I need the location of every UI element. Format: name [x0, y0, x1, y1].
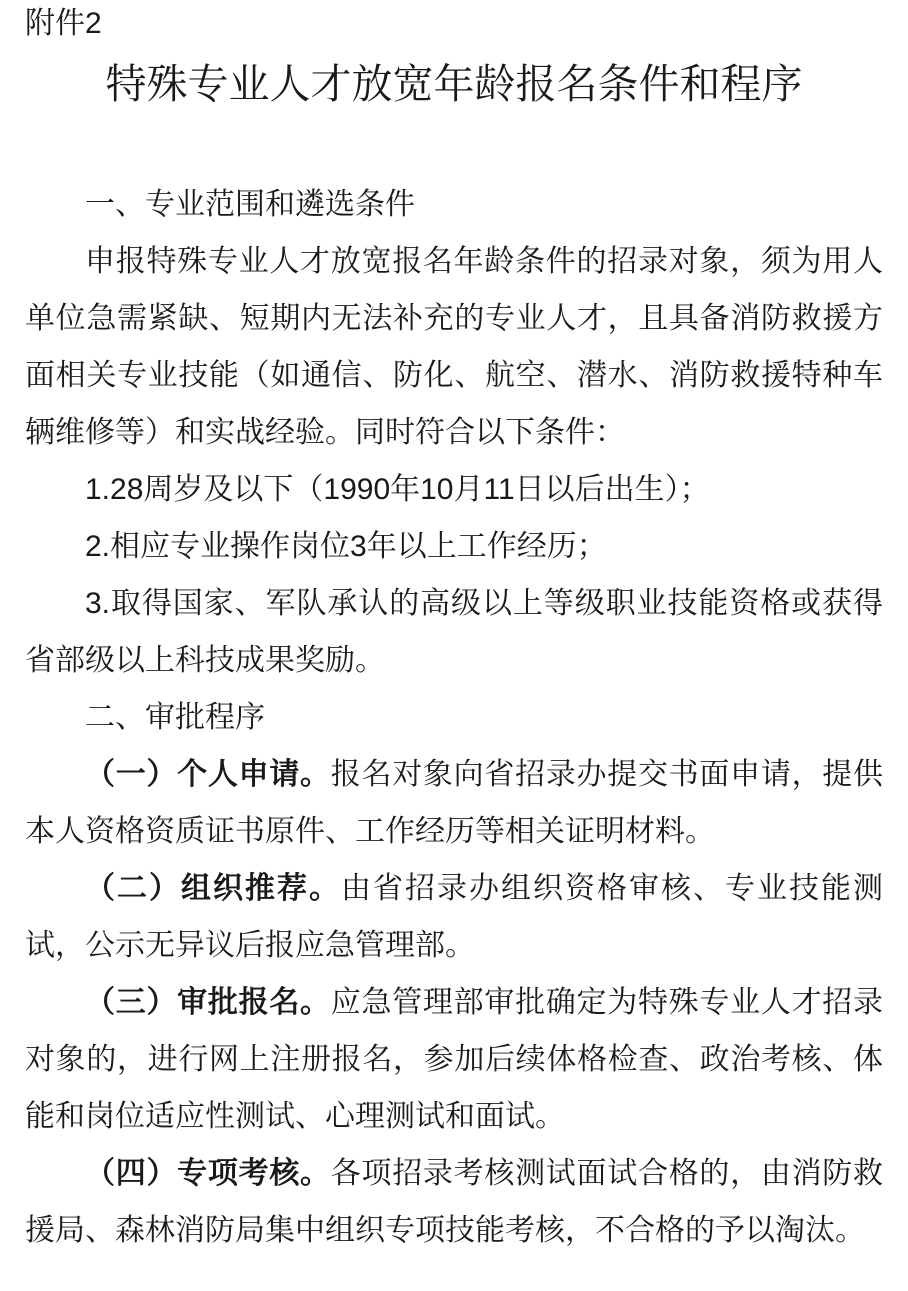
- paragraph-text: 3.取得国家、军队承认的高级以上等级职业技能资格或获得省部级以上科技成果奖励。: [25, 587, 883, 677]
- paragraph-text: 2.相应专业操作岗位3年以上工作经历；: [85, 530, 607, 563]
- document-page: 附件2 特殊专业人才放宽年龄报名条件和程序 一、专业范围和遴选条件 申报特殊专业…: [0, 0, 908, 1291]
- document-body: 一、专业范围和遴选条件 申报特殊专业人才放宽报名年龄条件的招录对象，须为用人单位…: [25, 176, 883, 1259]
- paragraph-scope: 申报特殊专业人才放宽报名年龄条件的招录对象，须为用人单位急需紧缺、短期内无法补充…: [25, 233, 883, 461]
- procedure-4: （四）专项考核。各项招录考核测试面试合格的，由消防救援局、森林消防局集中组织专项…: [25, 1145, 883, 1259]
- section-heading-2: 二、审批程序: [25, 689, 883, 746]
- procedure-lead: （四）专项考核。: [85, 1157, 331, 1190]
- procedure-lead: （三）审批报名。: [85, 986, 331, 1019]
- condition-3: 3.取得国家、军队承认的高级以上等级职业技能资格或获得省部级以上科技成果奖励。: [25, 575, 883, 689]
- attachment-label: 附件2: [25, 4, 883, 44]
- paragraph-text: 1.28周岁及以下（1990年10月11日以后出生）；: [85, 473, 710, 506]
- section-heading-1: 一、专业范围和遴选条件: [25, 176, 883, 233]
- procedure-3: （三）审批报名。应急管理部审批确定为特殊专业人才招录对象的，进行网上注册报名，参…: [25, 974, 883, 1145]
- procedure-2: （二）组织推荐。由省招录办组织资格审核、专业技能测试，公示无异议后报应急管理部。: [25, 860, 883, 974]
- procedure-1: （一）个人申请。报名对象向省招录办提交书面申请，提供本人资格资质证书原件、工作经…: [25, 746, 883, 860]
- condition-2: 2.相应专业操作岗位3年以上工作经历；: [25, 518, 883, 575]
- document-title: 特殊专业人才放宽年龄报名条件和程序: [25, 58, 883, 110]
- procedure-lead: （一）个人申请。: [85, 758, 331, 791]
- procedure-lead: （二）组织推荐。: [85, 872, 341, 905]
- condition-1: 1.28周岁及以下（1990年10月11日以后出生）；: [25, 461, 883, 518]
- paragraph-text: 申报特殊专业人才放宽报名年龄条件的招录对象，须为用人单位急需紧缺、短期内无法补充…: [25, 245, 883, 449]
